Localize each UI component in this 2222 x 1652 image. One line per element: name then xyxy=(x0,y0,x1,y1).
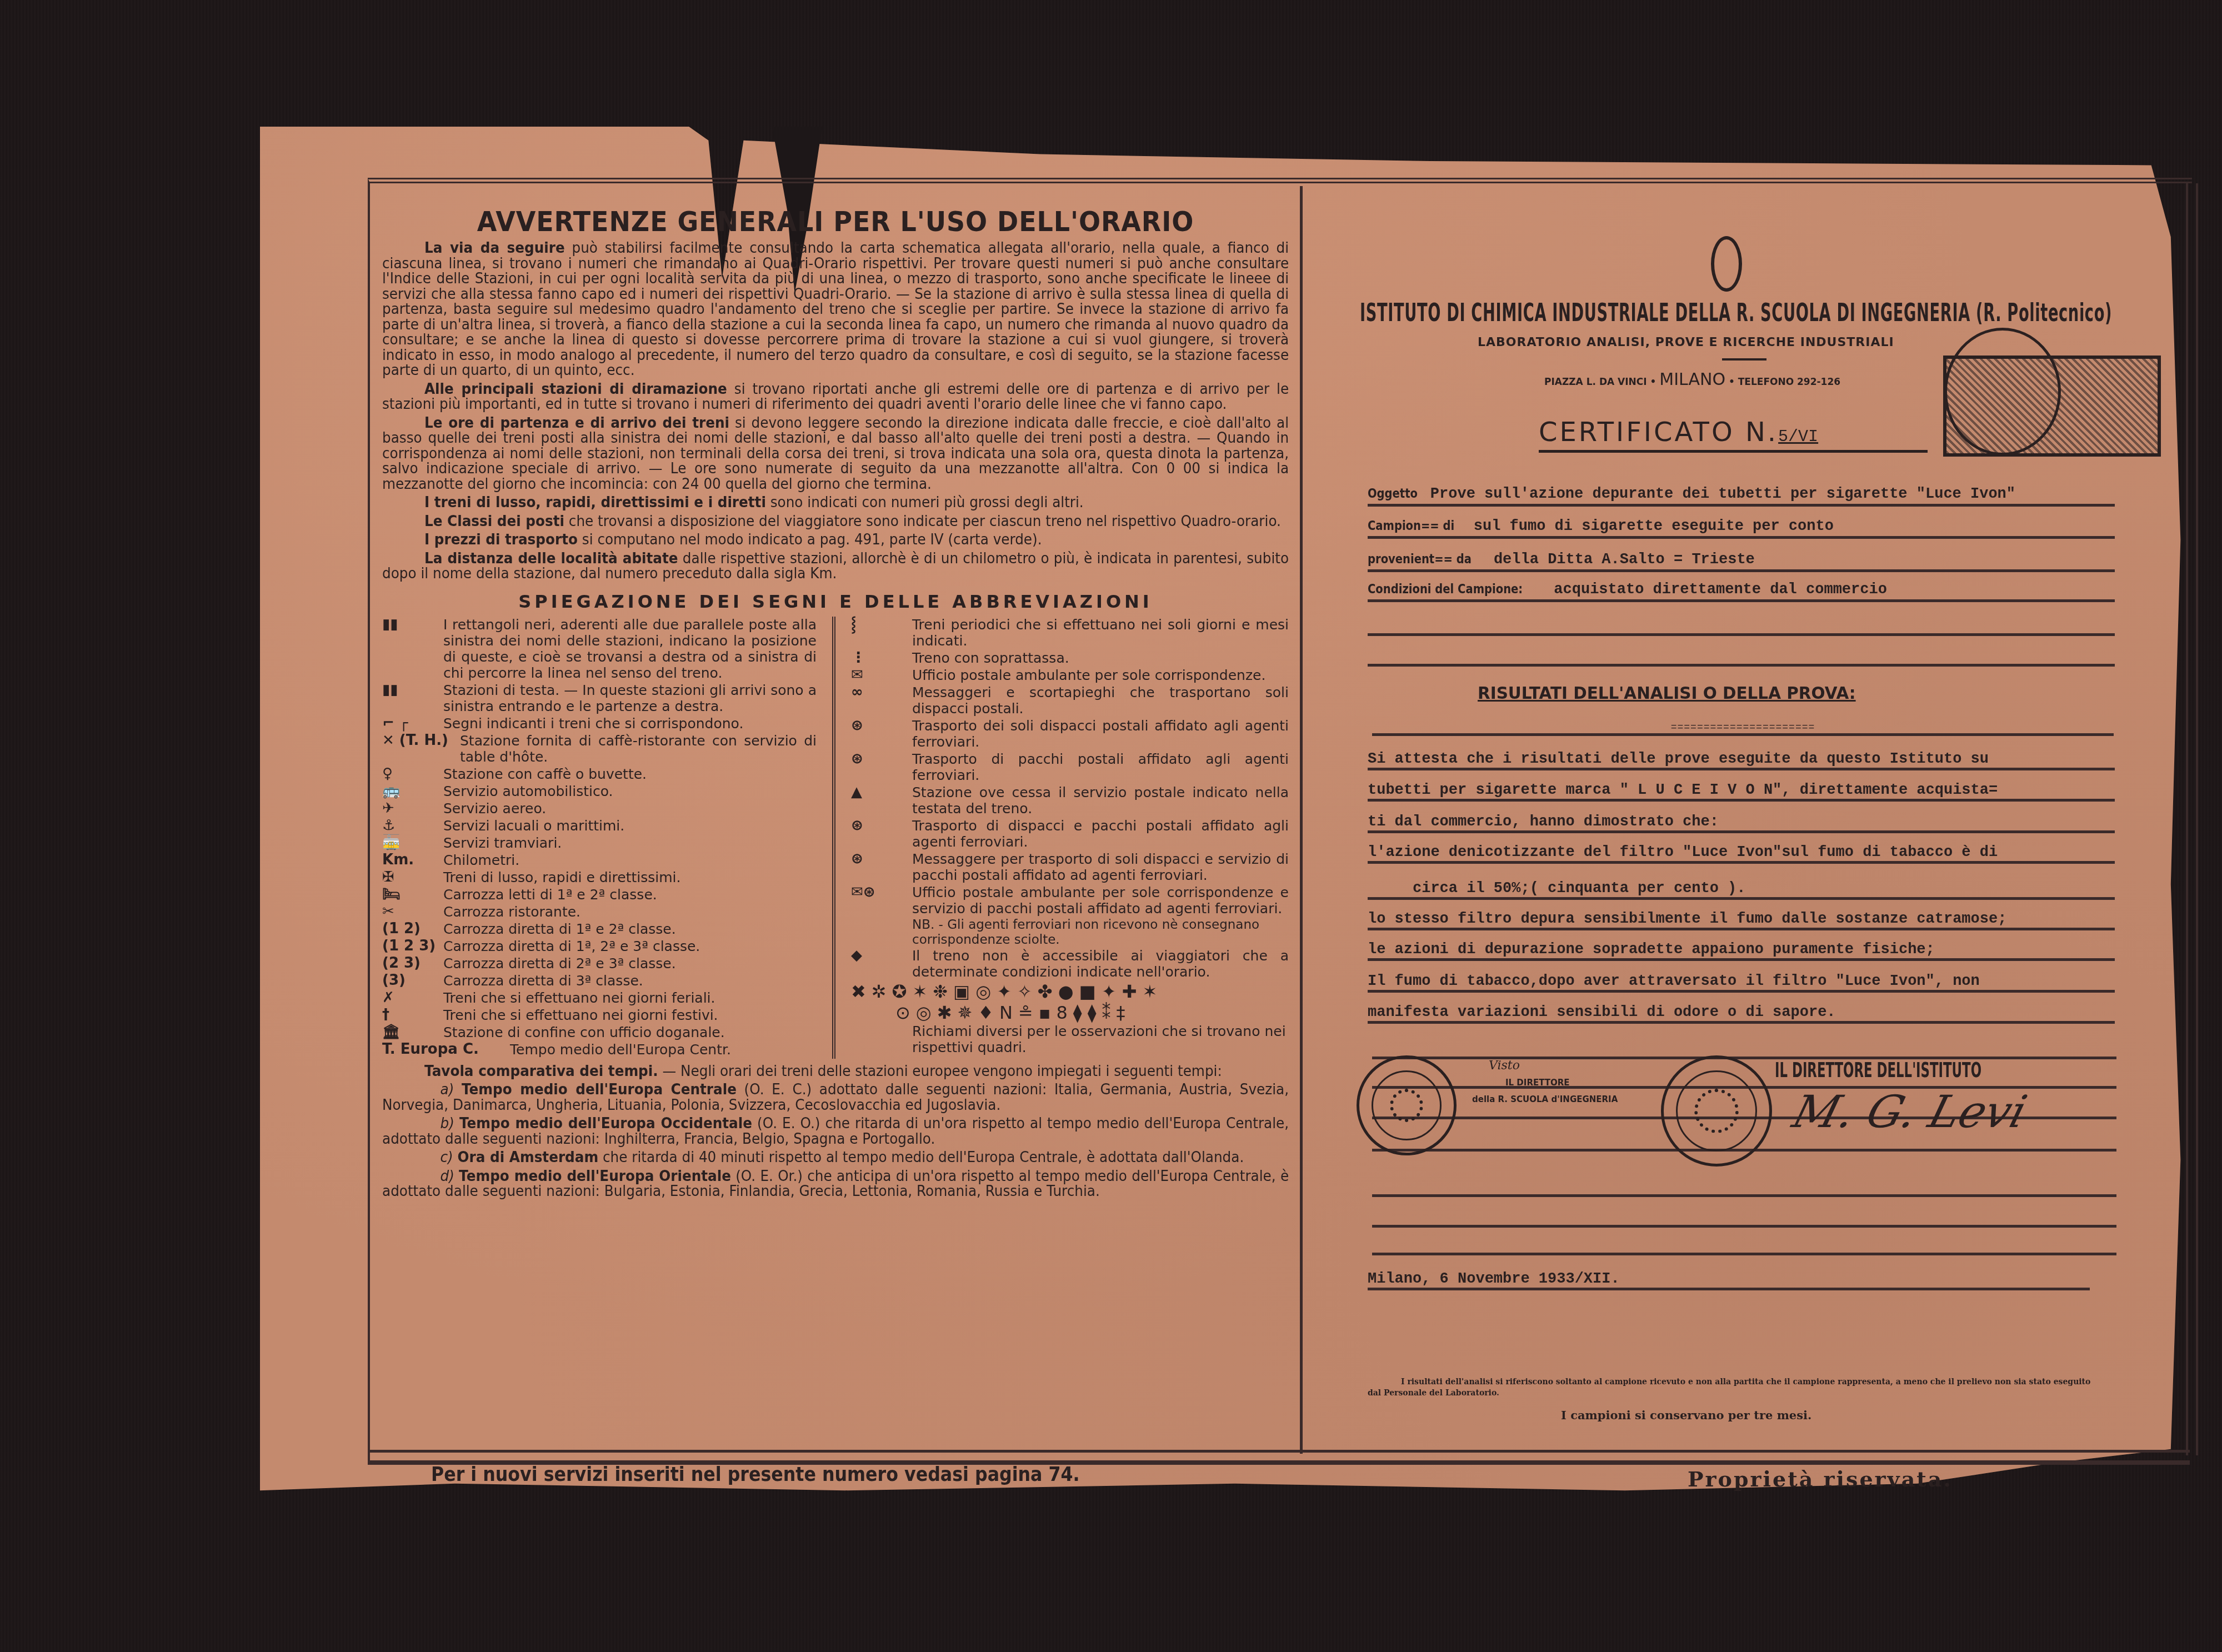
legend-text: Chilometri. xyxy=(443,852,817,868)
time-zone-item: c) Ora di Amsterdam che ritarda di 40 mi… xyxy=(382,1150,1289,1166)
paragraph: I treni di lusso, rapidi, direttissimi e… xyxy=(382,495,1289,511)
legend-text: Carrozza diretta di 1ª e 2ª classe. xyxy=(443,921,817,937)
reference-symbols-row-2: ⊙◎✱✵♦Ν≗▪8⧫⧫⁑‡ xyxy=(851,1002,1289,1023)
field-condizioni: Condizioni del Campione: acquistato dire… xyxy=(1368,581,2115,602)
field-value: acquistato direttamente dal commercio xyxy=(1554,582,1887,598)
paragraph: Alle principali stazioni di diramazione … xyxy=(382,382,1289,413)
legend-text: Treni che si effettuano nei giorni feria… xyxy=(443,990,817,1006)
left-footer-note: Per i nuovi servizi inseriti nel present… xyxy=(431,1463,1080,1486)
airplane-icon: ✈ xyxy=(382,800,443,817)
paragraph-lead: Alle principali stazioni di diramazione xyxy=(424,381,727,398)
legend-text: Trasporto di dispacci e pacchi postali a… xyxy=(912,818,1289,850)
legend-item: 🛏Carrozza letti di 1ª e 2ª classe. xyxy=(382,887,817,903)
right-footer-note: Proprietà riservata. xyxy=(1688,1466,1953,1491)
paragraph-lead: I prezzi di trasporto xyxy=(424,532,578,548)
institute-name: ISTITUTO DI CHIMICA INDUSTRIALE DELLA R.… xyxy=(1360,299,2112,327)
institute-address: PIAZZA L. DA VINCI • MILANO • TELEFONO 2… xyxy=(1544,370,1840,389)
result-line: manifesta variazioni sensibili di odore … xyxy=(1368,1004,2115,1024)
legend-item: ◆Il treno non è accessibile ai viaggiato… xyxy=(851,948,1289,980)
field-label: provenient== da xyxy=(1368,552,1472,567)
legend-text: Carrozza ristorante. xyxy=(443,904,817,920)
blank-line xyxy=(1372,1253,2116,1255)
legend-text: Messaggeri e scortapieghi che trasportan… xyxy=(912,684,1289,717)
legend-item: ✉⊛Ufficio postale ambulante per sole cor… xyxy=(851,884,1289,917)
diamond-icon: ◆ xyxy=(851,948,912,964)
field-value: della Ditta A.Salto = Trieste xyxy=(1494,552,1755,568)
bus-icon: 🚌 xyxy=(382,783,443,799)
legend-text: Stazione ove cessa il servizio postale i… xyxy=(912,784,1289,817)
results-separator: ====================== xyxy=(1372,722,2114,736)
time-zone-text: che ritarda di 40 minuti rispetto al tem… xyxy=(598,1149,1244,1166)
certificate-underline xyxy=(1539,450,1928,453)
time-zone-name: Tempo medio dell'Europa Centrale xyxy=(462,1082,737,1098)
envelope-icon: ✉ xyxy=(851,667,912,683)
legend-text: Servizi lacuali o marittimi. xyxy=(443,818,817,834)
legend-text: Segni indicanti i treni che si corrispon… xyxy=(443,715,817,732)
time-zone-item: a) Tempo medio dell'Europa Centrale (O. … xyxy=(382,1083,1289,1113)
results-title: RISULTATI DELL'ANALISI O DELLA PROVA: xyxy=(1478,683,1856,703)
legend-item: ✉Ufficio postale ambulante per sole corr… xyxy=(851,667,1289,683)
legend-text: Treno con soprattassa. xyxy=(912,650,1289,666)
central-europe-time-abbreviation: T. Europa C. xyxy=(382,1042,510,1058)
paragraph-lead: La distanza delle località abitate xyxy=(424,550,678,567)
legend-item: 🚌Servizio automobilistico. xyxy=(382,783,817,799)
mail-parcel-half-icon: ⊛ xyxy=(851,818,912,834)
paragraph-text: che trovansi a disposizione del viaggiat… xyxy=(564,513,1281,530)
legend-text: Servizi tramviari. xyxy=(443,835,817,851)
legend-text: Messaggere per trasporto di soli dispacc… xyxy=(912,851,1289,883)
cafe-glass-icon: ♀ xyxy=(382,766,443,782)
through-coach-23-icon: (2 3) xyxy=(382,955,443,972)
holiday-train-icon: † xyxy=(382,1007,443,1023)
times-intro-lead: Tavola comparativa dei tempi. xyxy=(424,1063,658,1080)
result-line: Si attesta che i risultati delle prove e… xyxy=(1368,751,2115,770)
customs-station-icon: 🏛 xyxy=(382,1024,443,1040)
paragraph-text: sono indicati con numeri più grossi degl… xyxy=(766,494,1084,511)
dining-car-icon: ✂ xyxy=(382,904,443,920)
legend-text: Ufficio postale ambulante per sole corri… xyxy=(912,667,1289,683)
symbols-caption: Richiami diversi per le osservazioni che… xyxy=(851,1023,1289,1055)
periodic-train-icon: ⸾ xyxy=(851,617,912,633)
km-abbreviation: Km. xyxy=(382,852,443,868)
legend-left-column: ▮▮I rettangoli neri, aderenti alle due p… xyxy=(382,617,835,1059)
paragraph-text: può stabilirsi facilmente consultando la… xyxy=(382,240,1289,379)
item-letter: b) xyxy=(441,1115,454,1132)
field-campione: Campion== di sul fumo di sigarette esegu… xyxy=(1368,518,2115,539)
legend-item: ⚓Servizi lacuali o marittimi. xyxy=(382,818,817,834)
legend-text: Stazione con caffè o buvette. xyxy=(443,766,817,782)
legend-item: ✠Treni di lusso, rapidi e direttissimi. xyxy=(382,869,817,885)
result-line: Il fumo di tabacco,dopo aver attraversat… xyxy=(1368,973,2115,993)
paragraph: La via da seguire può stabilirsi facilme… xyxy=(382,241,1289,379)
laboratory-name: LABORATORIO ANALISI, PROVE E RICERCHE IN… xyxy=(1478,336,1894,349)
legend-item: (2 3)Carrozza diretta di 2ª e 3ª classe. xyxy=(382,955,817,972)
paragraph-lead: Le ore di partenza e di arrivo dei treni xyxy=(424,415,729,432)
legend-item: T. Europa C.Tempo medio dell'Europa Cent… xyxy=(382,1042,817,1058)
restaurant-cross-icon: ✕ (T. H.) xyxy=(382,733,460,749)
legend-text: Treni che si effettuano nei giorni festi… xyxy=(443,1007,817,1023)
address-phone: • TELEFONO 292-126 xyxy=(1729,377,1840,388)
blank-line xyxy=(1372,1194,2116,1197)
legend-item: ⸾Treni periodici che si effettuano nei s… xyxy=(851,617,1289,649)
retention-note: I campioni si conservano per tre mesi. xyxy=(1561,1408,1811,1422)
school-seal-icon xyxy=(1357,1055,1457,1155)
station-position-icon: ▮▮ xyxy=(382,617,443,633)
times-intro-text: — Negli orari dei treni delle stazioni e… xyxy=(658,1063,1222,1080)
time-zone-name: Ora di Amsterdam xyxy=(458,1149,599,1166)
legend-item: ✂Carrozza ristorante. xyxy=(382,904,817,920)
instructions-paragraphs: La via da seguire può stabilirsi facilme… xyxy=(382,241,1289,582)
time-zone-name: Tempo medio dell'Europa Orientale xyxy=(459,1168,731,1185)
legend-item: ▮▮Stazioni di testa. — In queste stazion… xyxy=(382,682,817,714)
paragraph-text: si computano nel modo indicato a pag. 49… xyxy=(578,532,1042,548)
legend-title: SPIEGAZIONE DEI SEGNI E DELLE ABBREVIAZI… xyxy=(382,591,1289,612)
header-rule xyxy=(1722,358,1766,361)
paragraph: La distanza delle località abitate dalle… xyxy=(382,552,1289,582)
legend-text: Stazioni di testa. — In queste stazioni … xyxy=(443,682,817,714)
signature-rule xyxy=(1372,1057,2116,1059)
legend-item: ∞Messaggeri e scortapieghi che trasporta… xyxy=(851,684,1289,717)
visto-director: IL DIRETTORE xyxy=(1505,1078,1570,1088)
paragraph: Le ore di partenza e di arrivo dei treni… xyxy=(382,416,1289,493)
instructions-title: AVVERTENZE GENERALI PER L'USO DELL'ORARI… xyxy=(418,206,1252,238)
legend-text: Treni di lusso, rapidi e direttissimi. xyxy=(443,869,817,885)
paragraph: Le Classi dei posti che trovansi a dispo… xyxy=(382,514,1289,530)
nb-note: NB. - Gli agenti ferroviari non ricevono… xyxy=(851,918,1289,948)
field-label: Condizioni del Campione: xyxy=(1368,582,1523,597)
legend-text: Carrozza diretta di 1ª, 2ª e 3ª classe. xyxy=(443,938,817,954)
blank-line xyxy=(1368,633,2115,636)
field-provenienza: provenient== da della Ditta A.Salto = Tr… xyxy=(1368,551,2115,572)
legend-item: †Treni che si effettuano nei giorni fest… xyxy=(382,1007,817,1023)
result-line: ti dal commercio, hanno dimostrato che: xyxy=(1368,814,2115,833)
legend-item: ♀Stazione con caffè o buvette. xyxy=(382,766,817,782)
page-frame-bottom xyxy=(368,1450,2190,1465)
legend-item: ⊛Trasporto di pacchi postali affidato ag… xyxy=(851,751,1289,783)
legend-item: (1 2 3)Carrozza diretta di 1ª, 2ª e 3ª c… xyxy=(382,938,817,954)
time-zone-item: d) Tempo medio dell'Europa Orientale (O.… xyxy=(382,1169,1289,1200)
through-coach-123-icon: (1 2 3) xyxy=(382,938,443,954)
legend-text: Trasporto di pacchi postali affidato agl… xyxy=(912,751,1289,783)
terminal-station-icon: ▮▮ xyxy=(382,682,443,698)
legend-item: (3)Carrozza diretta di 3ª classe. xyxy=(382,973,817,989)
result-line: l'azione denicotizzante del filtro "Luce… xyxy=(1368,844,2115,864)
paragraph-lead: La via da seguire xyxy=(424,240,565,257)
ship-icon: ⚓ xyxy=(382,818,443,834)
paragraph-lead: Le Classi dei posti xyxy=(424,513,564,530)
item-letter: c) xyxy=(441,1149,453,1166)
disclaimer-note: I risultati dell'analisi si riferiscono … xyxy=(1368,1376,2106,1399)
mail-wheel-box-icon: ⊛ xyxy=(851,718,912,734)
royal-emblem-icon xyxy=(1711,236,1742,292)
time-zone-item: b) Tempo medio dell'Europa Occidentale (… xyxy=(382,1117,1289,1147)
legend-item: (1 2)Carrozza diretta di 1ª e 2ª classe. xyxy=(382,921,817,937)
through-coach-12-icon: (1 2) xyxy=(382,921,443,937)
legend-item: ✕ (T. H.)Stazione fornita di caffè-risto… xyxy=(382,733,817,765)
legend-text: Servizio automobilistico. xyxy=(443,783,817,799)
director-title: IL DIRETTORE DELL'ISTITUTO xyxy=(1775,1058,1981,1082)
weekday-train-icon: ✗ xyxy=(382,990,443,1006)
time-zone-name: Tempo medio dell'Europa Occidentale xyxy=(459,1115,752,1132)
legend-item: ✈Servizio aereo. xyxy=(382,800,817,817)
courier-horn-icon: ∞ xyxy=(851,684,912,700)
legend-item: ▲Stazione ove cessa il servizio postale … xyxy=(851,784,1289,817)
legend-text: Tempo medio dell'Europa Centr. xyxy=(510,1042,817,1058)
legend-text: Ufficio postale ambulante per sole corri… xyxy=(912,884,1289,917)
legend-text: Trasporto dei soli dispacci postali affi… xyxy=(912,718,1289,750)
legend-item: 🏛Stazione di confine con ufficio doganal… xyxy=(382,1024,817,1040)
result-line: lo stesso filtro depura sensibilmente il… xyxy=(1368,911,2115,930)
legend-item: ▮▮I rettangoli neri, aderenti alle due p… xyxy=(382,617,817,681)
column-divider xyxy=(1300,186,1303,1454)
blank-line xyxy=(1368,664,2115,667)
legend-right-column: ⸾Treni periodici che si effettuano nei s… xyxy=(835,617,1289,1059)
paragraph-lead: I treni di lusso, rapidi, direttissimi e… xyxy=(424,494,766,511)
field-oggetto: Oggetto Prove sull'azione depurante dei … xyxy=(1368,485,2115,507)
field-value: Prove sull'azione depurante dei tubetti … xyxy=(1430,486,2015,503)
legend-text: Carrozza diretta di 2ª e 3ª classe. xyxy=(443,955,817,972)
connection-bracket-icon: ⌐ ┌ xyxy=(382,715,443,732)
postal-end-triangle-icon: ▲ xyxy=(851,784,912,800)
times-intro: Tavola comparativa dei tempi. — Negli or… xyxy=(382,1064,1289,1080)
result-line: le azioni di depurazione sopradette appa… xyxy=(1368,942,2115,961)
legend-text: Stazione fornita di caffè-ristorante con… xyxy=(460,733,817,765)
result-line: circa il 50%;( cinquanta per cento ). xyxy=(1368,880,2115,900)
legend: ▮▮I rettangoli neri, aderenti alle due p… xyxy=(382,617,1289,1059)
legend-item: ⊛Trasporto dei soli dispacci postali aff… xyxy=(851,718,1289,750)
certificate-label: CERTIFICATO N. xyxy=(1539,417,1778,448)
surcharge-train-icon: ⋮ xyxy=(851,650,912,666)
certificate-number: 5/VI xyxy=(1778,428,1818,447)
legend-text: Treni periodici che si effettuano nei so… xyxy=(912,617,1289,649)
address-street: PIAZZA L. DA VINCI • xyxy=(1544,377,1656,388)
paragraph: I prezzi di trasporto si computano nel m… xyxy=(382,533,1289,548)
through-coach-3-icon: (3) xyxy=(382,973,443,989)
tram-icon: 🚋 xyxy=(382,835,443,851)
express-train-icon: ✠ xyxy=(382,869,443,885)
messenger-parcel-icon: ⊛ xyxy=(851,851,912,867)
field-value: sul fumo di sigarette eseguite per conto xyxy=(1474,518,1834,535)
sleeping-car-icon: 🛏 xyxy=(382,887,443,903)
legend-item: 🚋Servizi tramviari. xyxy=(382,835,817,851)
legend-text: I rettangoli neri, aderenti alle due par… xyxy=(443,617,817,681)
legend-item: ⊛Trasporto di dispacci e pacchi postali … xyxy=(851,818,1289,850)
revenue-stamp-icon xyxy=(1943,356,2161,457)
legend-item: Km.Chilometri. xyxy=(382,852,817,868)
item-letter: d) xyxy=(441,1168,454,1185)
legend-text: Il treno non è accessibile ai viaggiator… xyxy=(912,948,1289,980)
visto-school: della R. SCUOLA d'INGEGNERIA xyxy=(1472,1094,1618,1104)
director-signature: M. G. Levi xyxy=(1788,1086,2033,1138)
parcel-wheel-filled-icon: ⊛ xyxy=(851,751,912,767)
legend-item: ⋮Treno con soprattassa. xyxy=(851,650,1289,666)
certificate-heading: CERTIFICATO N.5/VI xyxy=(1539,417,1818,448)
legend-text: Carrozza letti di 1ª e 2ª classe. xyxy=(443,887,817,903)
timetable-instructions-panel: AVVERTENZE GENERALI PER L'USO DELL'ORARI… xyxy=(382,200,1289,1200)
item-letter: a) xyxy=(441,1082,454,1098)
field-label: Oggetto xyxy=(1368,487,1418,501)
address-city: MILANO xyxy=(1659,370,1725,389)
right-border xyxy=(2186,183,2198,1455)
field-label: Campion== di xyxy=(1368,519,1454,533)
legend-text: Stazione di confine con ufficio doganale… xyxy=(443,1024,817,1040)
legend-item: ⊛Messaggere per trasporto di soli dispac… xyxy=(851,851,1289,883)
envelope-parcel-icon: ✉⊛ xyxy=(851,884,912,900)
result-line: tubetti per sigarette marca " L U C E I … xyxy=(1368,782,2115,802)
issue-date: Milano, 6 Novembre 1933/XII. xyxy=(1368,1271,2090,1290)
reference-symbols-row-1: ✖✲✪✶❉▣◎✦✧✤●■✦✚✶ xyxy=(851,981,1289,1002)
blank-line xyxy=(1372,1225,2116,1228)
legend-item: ⌐ ┌Segni indicanti i treni che si corris… xyxy=(382,715,817,732)
legend-text: Carrozza diretta di 3ª classe. xyxy=(443,973,817,989)
legend-item: ✗Treni che si effettuano nei giorni feri… xyxy=(382,990,817,1006)
visto-label: Visto xyxy=(1489,1059,1520,1073)
legend-text: Servizio aereo. xyxy=(443,800,817,817)
institute-seal-icon xyxy=(1661,1055,1772,1167)
